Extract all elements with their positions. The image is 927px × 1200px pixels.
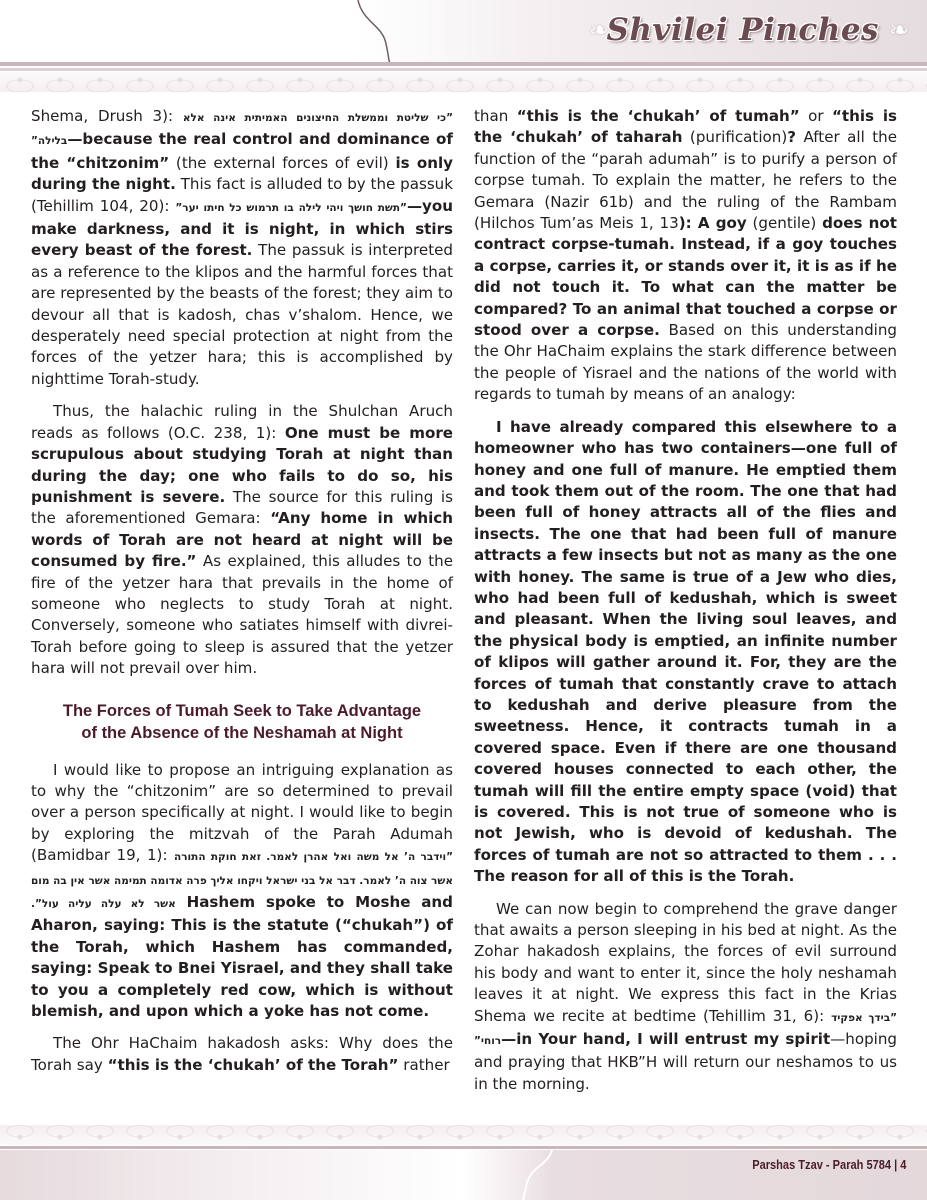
- text-run: or: [800, 107, 832, 125]
- publication-title: Shvilei Pinches: [607, 12, 880, 48]
- paragraph: The Ohr HaChaim hakadosh asks: Why does …: [31, 1033, 453, 1076]
- right-column: than “this is the ‘chukah’ of tumah” or …: [474, 106, 897, 1095]
- paragraph: Thus, the halachic ruling in the Shulcha…: [31, 401, 453, 679]
- bold-translation: —in Your hand, I will entrust my spirit: [501, 1030, 830, 1048]
- text-run: rather: [398, 1056, 449, 1074]
- section-heading: The Forces of Tumah Seek to Take Advanta…: [31, 700, 453, 744]
- text-run: than: [474, 107, 517, 125]
- issue-name: Parshas Tzav - Parah 5784: [752, 1157, 891, 1172]
- page-number: 4: [900, 1157, 906, 1172]
- text-run: I would like to propose an intriguing ex…: [31, 761, 453, 865]
- footer-separator: |: [894, 1157, 897, 1172]
- text-run: (the external forces of evil): [169, 154, 395, 172]
- section-heading-line-2: of the Absence of the Neshamah at Night: [81, 724, 402, 742]
- paragraph: than “this is the ‘chukah’ of tumah” or …: [474, 106, 897, 406]
- paragraph: I would like to propose an intriguing ex…: [31, 760, 453, 1023]
- section-heading-line-1: The Forces of Tumah Seek to Take Advanta…: [63, 702, 421, 720]
- text-run: (purification): [682, 128, 787, 146]
- bold-text: ?: [787, 128, 796, 146]
- bold-analogy-text: I have already compared this elsewhere t…: [474, 418, 897, 886]
- page-footer-label: Parshas Tzav - Parah 5784 | 4: [752, 1157, 906, 1172]
- bold-quote: “this is the ‘chukah’ of tumah”: [517, 107, 800, 125]
- page-header: ❧ Shvilei Pinches ❧: [0, 0, 927, 100]
- paragraph: Shema, Drush 3): ”כי שליטת וממשלת החיצונ…: [31, 106, 453, 390]
- text-run: As explained, this alludes to the fire o…: [31, 552, 453, 677]
- paragraph: We can now begin to comprehend the grave…: [474, 899, 897, 1096]
- hebrew-quote: ”תשת חושך ויהי לילה בו תרמוש כל חיתו יער…: [175, 202, 407, 214]
- left-column: Shema, Drush 3): ”כי שליטת וממשלת החיצונ…: [31, 106, 453, 1076]
- ornamental-border-top: [0, 72, 927, 92]
- text-run: (gentile): [747, 214, 822, 232]
- bold-text: ): A goy: [679, 214, 747, 232]
- header-curve-divider: [340, 0, 420, 64]
- text-run: We can now begin to comprehend the grave…: [474, 900, 897, 1025]
- header-rule: [0, 62, 927, 66]
- bold-quote: “this is the ‘chukah’ of the Torah”: [108, 1056, 399, 1074]
- analogy-quote: I have already compared this elsewhere t…: [474, 417, 897, 888]
- ornamental-border-bottom: [0, 1125, 927, 1145]
- header-rule-secondary: [0, 68, 927, 71]
- flourish-right-icon: ❧: [889, 16, 909, 44]
- text-run: The passuk is interpreted as a reference…: [31, 241, 453, 387]
- footer-rule: [0, 1146, 927, 1149]
- bold-translation: Hashem spoke to Moshe and Aharon, saying…: [31, 893, 453, 1020]
- text-run: Shema, Drush 3):: [31, 107, 183, 125]
- footer-curve-divider: [510, 1150, 570, 1200]
